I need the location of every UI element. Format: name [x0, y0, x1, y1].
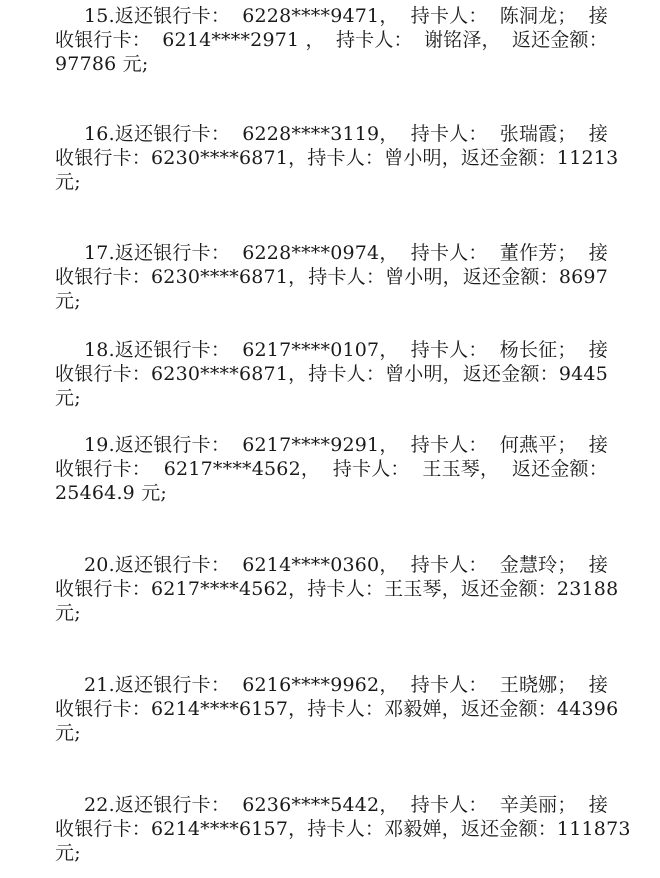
- amount-label: 返还金额：: [512, 457, 608, 481]
- receive-card: 收银行卡：6217****4562，: [55, 577, 307, 601]
- receive-holder: 持卡人：邓毅婵，: [307, 697, 461, 721]
- entry-amount: 97786 元;: [55, 52, 608, 76]
- entry-label: 17.返还银行卡：: [84, 241, 230, 265]
- receive-label-start: 接: [589, 553, 608, 577]
- entry-label: 15.返还银行卡：: [84, 4, 230, 28]
- return-card-number: 6217****9291，: [242, 433, 398, 457]
- return-card-number: 6228****0974，: [242, 241, 398, 265]
- entry-line-2: 收银行卡：6230****6871， 持卡人：曾小明， 返还金额：9445: [55, 362, 608, 386]
- return-holder-name: 董作芳；: [500, 241, 577, 265]
- return-holder-name: 杨长征；: [500, 338, 577, 362]
- receive-holder: 持卡人：曾小明，: [307, 146, 461, 170]
- entry-line-1: 19.返还银行卡： 6217****9291， 持卡人： 何燕平； 接: [55, 433, 608, 457]
- entry-line-2: 收银行卡：6214****6157， 持卡人：邓毅婵， 返还金额：111873: [55, 817, 608, 841]
- entry-line-2: 收银行卡：6230****6871， 持卡人：曾小明， 返还金额：11213: [55, 146, 608, 170]
- receive-card: 收银行卡：6230****6871，: [55, 362, 307, 386]
- return-card-number: 6236****5442，: [242, 793, 398, 817]
- entry-label: 22.返还银行卡：: [84, 793, 230, 817]
- entry-21: 21.返还银行卡： 6216****9962， 持卡人： 王晓娜； 接 收银行卡…: [55, 673, 608, 745]
- holder-label: 持卡人：: [411, 433, 488, 457]
- holder-label: 持卡人：: [411, 553, 488, 577]
- return-holder-name: 张瑞霞；: [500, 122, 577, 146]
- entry-20: 20.返还银行卡： 6214****0360， 持卡人： 金慧玲； 接 收银行卡…: [55, 553, 608, 625]
- receive-label-start: 接: [589, 241, 608, 265]
- entry-22: 22.返还银行卡： 6236****5442， 持卡人： 辛美丽； 接 收银行卡…: [55, 793, 608, 865]
- receive-card-number: 6214****2971 ，: [162, 28, 325, 52]
- entry-line-2: 收银行卡：6230****6871， 持卡人：曾小明， 返还金额：8697: [55, 265, 608, 289]
- receive-holder: 持卡人：曾小明，: [308, 362, 462, 386]
- entry-label: 19.返还银行卡：: [84, 433, 230, 457]
- return-amount: 返还金额：8697: [463, 265, 608, 289]
- entry-line-1: 18.返还银行卡： 6217****0107， 持卡人： 杨长征； 接: [55, 338, 608, 362]
- entry-line-2: 收银行卡： 6214****2971 ， 持卡人： 谢铭泽， 返还金额：: [55, 28, 608, 52]
- entry-unit: 元;: [55, 601, 608, 625]
- receive-card: 收银行卡：6214****6157，: [55, 817, 307, 841]
- return-holder-name: 辛美丽；: [500, 793, 577, 817]
- return-amount: 返还金额：11213: [461, 146, 618, 170]
- entry-line-1: 20.返还银行卡： 6214****0360， 持卡人： 金慧玲； 接: [55, 553, 608, 577]
- entry-17: 17.返还银行卡： 6228****0974， 持卡人： 董作芳； 接 收银行卡…: [55, 241, 608, 313]
- return-holder-name: 王晓娜；: [500, 673, 577, 697]
- entry-unit: 元;: [55, 170, 608, 194]
- receive-label-start: 接: [589, 433, 608, 457]
- entry-line-2: 收银行卡：6214****6157， 持卡人：邓毅婵， 返还金额：44396: [55, 697, 608, 721]
- receive-label-end: 收银行卡：: [55, 457, 151, 481]
- receive-label-start: 接: [589, 673, 608, 697]
- receive-holder-name: 谢铭泽，: [424, 28, 501, 52]
- return-holder-name: 陈洞龙；: [500, 4, 577, 28]
- return-card-number: 6214****0360，: [242, 553, 398, 577]
- receive-holder-name: 王玉琴，: [422, 457, 499, 481]
- entry-15: 15.返还银行卡： 6228****9471， 持卡人： 陈洞龙； 接 收银行卡…: [55, 4, 608, 76]
- return-amount: 返还金额：111873: [461, 817, 631, 841]
- entry-label: 16.返还银行卡：: [84, 122, 230, 146]
- return-card-number: 6216****9962，: [242, 673, 398, 697]
- entry-18: 18.返还银行卡： 6217****0107， 持卡人： 杨长征； 接 收银行卡…: [55, 338, 608, 410]
- entry-line-2: 收银行卡： 6217****4562， 持卡人： 王玉琴， 返还金额：: [55, 457, 608, 481]
- holder-label: 持卡人：: [336, 28, 413, 52]
- entry-line-1: 21.返还银行卡： 6216****9962， 持卡人： 王晓娜； 接: [55, 673, 608, 697]
- entry-line-1: 15.返还银行卡： 6228****9471， 持卡人： 陈洞龙； 接: [55, 4, 608, 28]
- receive-card: 收银行卡：6230****6871，: [55, 146, 307, 170]
- entry-label: 21.返还银行卡：: [84, 673, 230, 697]
- entry-unit: 元;: [55, 721, 608, 745]
- holder-label: 持卡人：: [411, 793, 488, 817]
- holder-label: 持卡人：: [333, 457, 410, 481]
- entry-19: 19.返还银行卡： 6217****9291， 持卡人： 何燕平； 接 收银行卡…: [55, 433, 608, 505]
- holder-label: 持卡人：: [411, 241, 488, 265]
- amount-label: 返还金额：: [512, 28, 608, 52]
- entry-amount: 25464.9 元;: [55, 481, 608, 505]
- document-page: 15.返还银行卡： 6228****9471， 持卡人： 陈洞龙； 接 收银行卡…: [0, 0, 660, 878]
- receive-label-start: 接: [589, 793, 608, 817]
- holder-label: 持卡人：: [411, 338, 488, 362]
- entry-label: 18.返还银行卡：: [84, 338, 230, 362]
- holder-label: 持卡人：: [411, 122, 488, 146]
- receive-label-end: 收银行卡：: [55, 28, 151, 52]
- receive-card: 收银行卡：6214****6157，: [55, 697, 307, 721]
- return-card-number: 6228****9471，: [242, 4, 398, 28]
- receive-card-number: 6217****4562，: [164, 457, 320, 481]
- return-holder-name: 金慧玲；: [500, 553, 577, 577]
- entry-label: 20.返还银行卡：: [84, 553, 230, 577]
- return-holder-name: 何燕平；: [500, 433, 577, 457]
- receive-label-start: 接: [589, 338, 608, 362]
- receive-label-start: 接: [589, 4, 608, 28]
- entry-unit: 元;: [55, 386, 608, 410]
- return-card-number: 6228****3119，: [242, 122, 398, 146]
- return-amount: 返还金额：9445: [463, 362, 608, 386]
- entry-line-1: 17.返还银行卡： 6228****0974， 持卡人： 董作芳； 接: [55, 241, 608, 265]
- receive-holder: 持卡人：曾小明，: [308, 265, 462, 289]
- entry-unit: 元;: [55, 841, 608, 865]
- entry-line-1: 22.返还银行卡： 6236****5442， 持卡人： 辛美丽； 接: [55, 793, 608, 817]
- return-amount: 返还金额：23188: [461, 577, 618, 601]
- entry-line-2: 收银行卡：6217****4562， 持卡人：王玉琴， 返还金额：23188: [55, 577, 608, 601]
- entry-unit: 元;: [55, 289, 608, 313]
- receive-holder: 持卡人：王玉琴，: [307, 577, 461, 601]
- return-card-number: 6217****0107，: [242, 338, 398, 362]
- receive-card: 收银行卡：6230****6871，: [55, 265, 307, 289]
- entry-16: 16.返还银行卡： 6228****3119， 持卡人： 张瑞霞； 接 收银行卡…: [55, 122, 608, 194]
- holder-label: 持卡人：: [411, 673, 488, 697]
- holder-label: 持卡人：: [411, 4, 488, 28]
- entry-line-1: 16.返还银行卡： 6228****3119， 持卡人： 张瑞霞； 接: [55, 122, 608, 146]
- return-amount: 返还金额：44396: [461, 697, 618, 721]
- receive-label-start: 接: [589, 122, 608, 146]
- receive-holder: 持卡人：邓毅婵，: [307, 817, 461, 841]
